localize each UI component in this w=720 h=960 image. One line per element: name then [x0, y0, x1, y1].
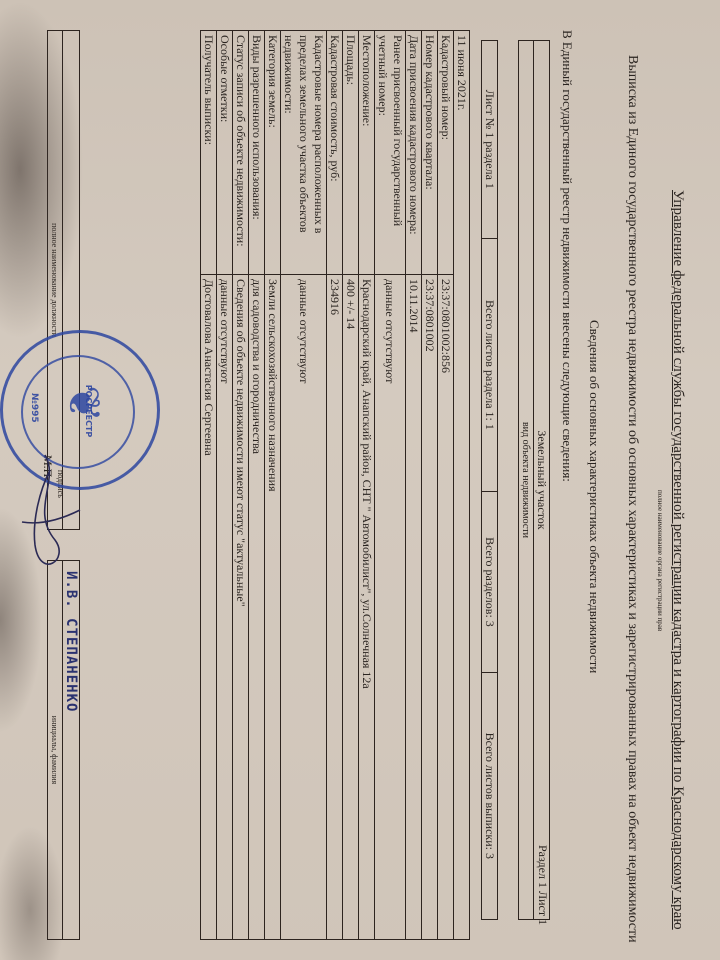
name-caption: инициалы, фамилия	[48, 561, 63, 940]
table-row: Дата присвоения кадастрового номера:10.1…	[406, 31, 422, 940]
sections-total: Всего разделов: 3	[482, 492, 498, 672]
object-type-table: Земельный участок вид объекта недвижимос…	[518, 40, 550, 920]
row-label: Дата присвоения кадастрового номера:	[406, 31, 422, 275]
table-row: Кадастровые номера расположенных в преде…	[281, 31, 327, 940]
object-type-caption: вид объекта недвижимости	[519, 41, 534, 920]
organization-caption: полное наименование органа регистрации п…	[656, 490, 664, 631]
row-value: Достовалова Анастасия Сергеевна	[201, 275, 217, 940]
table-row: Номер кадастрового квартала:23:37:080100…	[422, 31, 438, 940]
signatory-name: И.В. СТЕПАНЕНКО	[63, 571, 79, 712]
table-row: Кадастровый номер:23:37:0801002:856	[438, 31, 454, 940]
table-row: Площадь:400 +/- 14	[343, 31, 359, 940]
row-value: 23:37:0801002	[422, 275, 438, 940]
row-value: для садоводства и огородничества	[249, 275, 265, 940]
table-row: Ранее присвоенный государственный учетны…	[375, 31, 406, 940]
row-label: Кадастровая стоимость, руб:	[327, 31, 343, 275]
row-value: данные отсутствуют	[375, 275, 406, 940]
organization-title: Управление федеральной службы государств…	[669, 190, 686, 930]
row-value: 234916	[327, 275, 343, 940]
document-sheet: Управление федеральной службы государств…	[0, 0, 720, 960]
table-row: Категория земель:Земли сельскохозяйствен…	[265, 31, 281, 940]
object-type: Земельный участок	[534, 41, 550, 920]
row-value: 400 +/- 14	[343, 275, 359, 940]
row-value: Земли сельскохозяйственного назначения	[265, 275, 281, 940]
row-value: 23:37:0801002:856	[438, 275, 454, 940]
row-value: данные отсутствуют	[217, 275, 233, 940]
row-label: Ранее присвоенный государственный учетны…	[375, 31, 406, 275]
row-value: данные отсутствуют	[281, 275, 327, 940]
row-label: Площадь:	[343, 31, 359, 275]
sheets-in-section: Всего листов раздела 1: 1	[482, 238, 498, 492]
row-label: Кадастровый номер:	[438, 31, 454, 275]
row-value: Краснодарский край, Анапский район, СНТ …	[359, 275, 375, 940]
row-label: Получатель выписки:	[201, 31, 217, 275]
row-label: Местоположение:	[359, 31, 375, 275]
characteristics-table: 11 июня 2021г. Кадастровый номер:23:37:0…	[200, 30, 470, 940]
table-row: Кадастровая стоимость, руб:234916	[327, 31, 343, 940]
row-label: Категория земель:	[265, 31, 281, 275]
row-value: 10.11.2014	[406, 275, 422, 940]
stamp-number: №995	[29, 393, 39, 423]
table-row: Виды разрешенного использования:для садо…	[249, 31, 265, 940]
row-label: Особые отметки:	[217, 31, 233, 275]
extract-date: 11 июня 2021г.	[454, 31, 470, 940]
table-row: Особые отметки:данные отсутствуют	[217, 31, 233, 940]
handwritten-signature	[20, 450, 100, 590]
sheet-meta-table: Лист № 1 раздела 1 Всего листов раздела …	[481, 40, 498, 920]
table-row: Местоположение:Краснодарский край, Анапс…	[359, 31, 375, 940]
document-subtitle: Сведения об основных характеристиках объ…	[586, 320, 602, 673]
sheets-total: Всего листов выписки: 3	[482, 672, 498, 919]
name-table: И.В. СТЕПАНЕНКО инициалы, фамилия	[47, 560, 80, 940]
sheet-number: Лист № 1 раздела 1	[482, 41, 498, 239]
row-label: Кадастровые номера расположенных в преде…	[281, 31, 327, 275]
document-title: Выписка из Единого государственного реес…	[624, 55, 640, 943]
row-label: Виды разрешенного использования:	[249, 31, 265, 275]
row-label: Номер кадастрового квартала:	[422, 31, 438, 275]
row-label: Статус записи об объекте недвижимости:	[233, 31, 249, 275]
table-row: Статус записи об объекте недвижимости:Св…	[233, 31, 249, 940]
table-row: Получатель выписки:Достовалова Анастасия…	[201, 31, 217, 940]
row-value: Сведения об объекте недвижимости имеют с…	[233, 275, 249, 940]
intro-text: В Единый государственный реестр недвижим…	[559, 30, 575, 482]
